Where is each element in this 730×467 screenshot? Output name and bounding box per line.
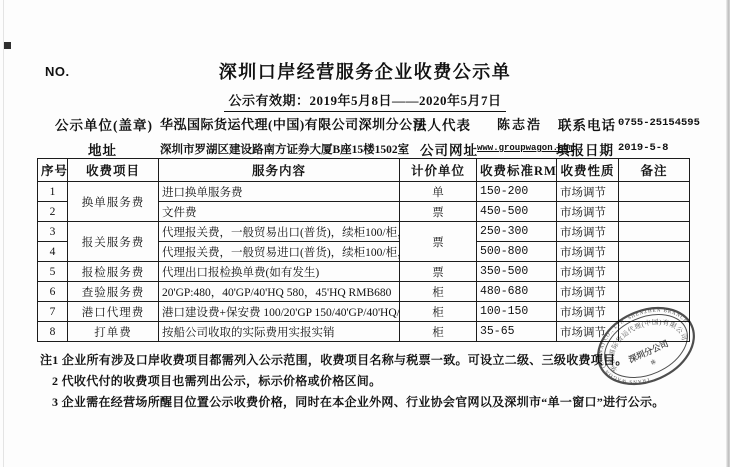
cell-unit: 柜 xyxy=(400,282,477,302)
cell-price: 150-200 xyxy=(477,182,557,202)
cell-service: 代理出口报检换单费(如有发生) xyxy=(159,262,400,282)
cell-service: 文件费 xyxy=(159,202,400,222)
cell-remark xyxy=(619,242,690,262)
table-row: 3 报关服务费 代理报关费，一般贸易出口(普货)，续柜100/柜，续页100 票… xyxy=(38,222,690,242)
col-item: 收费项目 xyxy=(68,159,159,182)
table-header-row: 序号 收费项目 服务内容 计价单位 收费标准RMB 收费性质 备注 xyxy=(38,159,690,182)
cell-seq: 8 xyxy=(38,322,68,342)
col-nature: 收费性质 xyxy=(557,159,619,182)
cell-seq: 2 xyxy=(38,202,68,222)
table-row: 5 报检服务费 代理出口报检换单费(如有发生) 票 350-500 市场调节 xyxy=(38,262,690,282)
cell-price: 450-500 xyxy=(477,202,557,222)
cell-item: 打单费 xyxy=(68,322,159,342)
cell-price: 480-680 xyxy=(477,282,557,302)
cell-service: 按船公司收取的实际费用实报实销 xyxy=(159,322,400,342)
cell-unit: 柜 xyxy=(400,322,477,342)
cell-price: 350-500 xyxy=(477,262,557,282)
seal-star-icon: ※ xyxy=(649,358,658,368)
cell-unit: 票 xyxy=(400,202,477,222)
address-label: 地址 xyxy=(88,139,117,159)
cell-nature: 市场调节 xyxy=(557,242,619,262)
footnote-3: 3 企业需在经营场所醒目位置公示收费价格，同时在本企业外网、行业协会官网以及深圳… xyxy=(52,393,665,410)
cell-remark xyxy=(619,202,690,222)
col-service: 服务内容 xyxy=(159,159,400,182)
cell-nature: 市场调节 xyxy=(557,222,619,242)
cell-item: 查验服务费 xyxy=(68,282,159,302)
cell-service: 港口建设费+保安费 100/20'GP 150/40'GP/40'HQ/45' xyxy=(159,302,400,322)
cell-service: 进口换单服务费 xyxy=(159,182,400,202)
cell-service: 代理报关费，一般贸易出口(普货)，续柜100/柜，续页100 xyxy=(159,222,400,242)
legal-rep-value: 陈志浩 xyxy=(497,114,542,133)
address-value: 深圳市罗湖区建设路南方证券大厦B座15楼1502室 xyxy=(160,141,409,157)
cell-seq: 1 xyxy=(38,182,68,202)
cell-nature: 市场调节 xyxy=(557,182,619,202)
website-label: 公司网址 xyxy=(420,139,478,159)
phone-value: 0755-25154595 xyxy=(618,117,700,129)
col-price: 收费标准RMB xyxy=(477,159,557,182)
company-seal-stamp: TRANS WAGON (CHINA) CO., LTD. SHENZHEN B… xyxy=(586,292,710,404)
cell-service: 代理报关费，一般贸易进口(普货)，续柜100/柜，续页100 xyxy=(159,242,400,262)
cell-item: 报检服务费 xyxy=(68,262,159,282)
page-title: 深圳口岸经营服务企业收费公示单 xyxy=(0,58,730,84)
cell-item: 报关服务费 xyxy=(68,222,159,262)
cell-nature: 市场调节 xyxy=(557,202,619,222)
unit-label: 公示单位(盖章) xyxy=(55,114,153,134)
cell-seq: 5 xyxy=(38,262,68,282)
cell-unit: 柜 xyxy=(400,302,477,322)
cell-seq: 4 xyxy=(38,242,68,262)
cell-item: 港口代理费 xyxy=(68,302,159,322)
cell-nature: 市场调节 xyxy=(557,262,619,282)
cell-item: 换单服务费 xyxy=(68,182,159,222)
col-remark: 备注 xyxy=(619,159,690,182)
cell-seq: 3 xyxy=(38,222,68,242)
report-date-value: 2019-5-8 xyxy=(618,142,668,154)
phone-label: 联系电话 xyxy=(558,114,616,134)
cell-unit: 票 xyxy=(400,262,477,282)
footnote-2: 2 代收代付的收费项目也需列出公示，标示价格或价格区间。 xyxy=(52,372,381,389)
cell-price: 35-65 xyxy=(477,322,557,342)
validity-row: 公示有效期：2019年5月8日——2020年5月7日 xyxy=(0,90,730,112)
document-page: NO. 深圳口岸经营服务企业收费公示单 公示有效期：2019年5月8日——202… xyxy=(0,0,730,467)
cell-price: 250-300 xyxy=(477,222,557,242)
cell-unit: 票 xyxy=(400,222,477,262)
validity-period: 公示有效期：2019年5月8日——2020年5月7日 xyxy=(224,90,505,112)
cell-remark xyxy=(619,182,690,202)
legal-rep-label: 法人代表 xyxy=(413,114,471,134)
cell-unit: 单 xyxy=(400,182,477,202)
cell-seq: 6 xyxy=(38,282,68,302)
col-unit: 计价单位 xyxy=(400,159,477,182)
cell-seq: 7 xyxy=(38,302,68,322)
cell-price: 500-800 xyxy=(477,242,557,262)
scan-artifact-mark xyxy=(4,42,11,49)
unit-value: 华泓国际货运代理(中国)有限公司深圳分公司 xyxy=(160,114,426,133)
cell-price: 100-150 xyxy=(477,302,557,322)
col-seq: 序号 xyxy=(38,159,68,182)
cell-remark xyxy=(619,222,690,242)
cell-service: 20'GP:480，40'GP/40'HQ 580，45'HQ RMB680 xyxy=(159,282,400,302)
cell-remark xyxy=(619,262,690,282)
table-row: 1 换单服务费 进口换单服务费 单 150-200 市场调节 xyxy=(38,182,690,202)
report-date-label: 填报日期 xyxy=(556,139,614,159)
footnote-1: 注1 企业所有涉及口岸收费项目都需列入公示范围，收费项目名称与税票一致。可设立二… xyxy=(40,351,628,368)
